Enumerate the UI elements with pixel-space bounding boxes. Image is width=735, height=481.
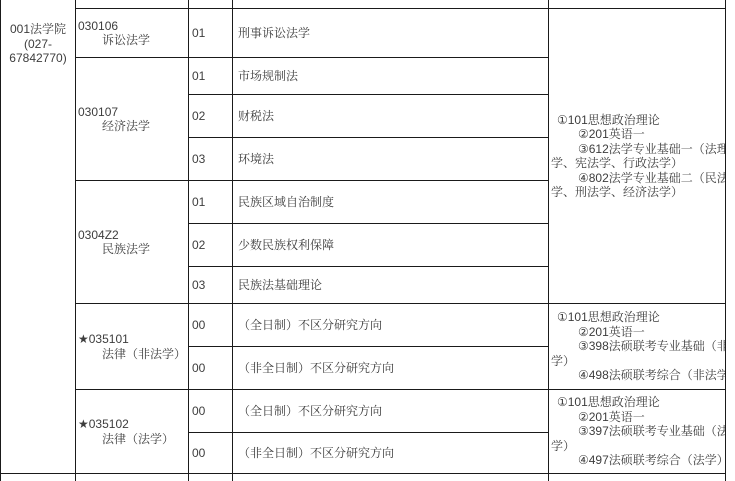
text-line: ②201英语一: [578, 325, 724, 340]
text-line: 学）: [551, 354, 724, 369]
text-line: ①101思想政治理论: [557, 113, 724, 128]
text-line: ②201英语一: [578, 127, 724, 142]
text-line: ④498法硕联考综合（非法学）: [578, 368, 724, 383]
text-line: 001法学院: [1, 22, 75, 37]
direction-no: 02: [189, 224, 232, 266]
direction-name: （全日制）不区分研究方向: [233, 304, 548, 346]
text-line: ③612法学专业基础一（法理: [578, 142, 724, 157]
text-line: ①101思想政治理论: [557, 310, 724, 325]
table-border-line: [725, 0, 726, 481]
direction-no: 03: [189, 138, 232, 180]
text-line: ①101思想政治理论: [557, 395, 724, 410]
major-cell-035101: ★035101 法律（非法学）: [76, 304, 188, 389]
major-code: ★035102: [78, 417, 188, 432]
major-code: 030106: [78, 19, 188, 34]
direction-no: 03: [189, 267, 232, 303]
college-cell: 001法学院(027-67842770): [1, 0, 75, 473]
exam-subjects-academic: ①101思想政治理论②201英语一③612法学专业基础一（法理学、宪法学、行政法…: [549, 9, 725, 303]
direction-name: 市场规制法: [233, 58, 548, 94]
direction-name: （非全日制）不区分研究方向: [233, 433, 548, 473]
major-name: 经济法学: [78, 119, 188, 134]
major-cell-0304Z2: 0304Z2 民族法学: [76, 181, 188, 303]
direction-no: 00: [189, 347, 232, 389]
text-line: ③397法硕联考专业基础（法: [578, 424, 724, 439]
major-code: 0304Z2: [78, 228, 188, 243]
direction-no: 01: [189, 58, 232, 94]
major-name: 法律（法学）: [78, 432, 188, 447]
direction-name: 财税法: [233, 95, 548, 137]
direction-no: 01: [189, 181, 232, 223]
text-line: 学、宪法学、行政法学）: [551, 156, 724, 171]
direction-name: （非全日制）不区分研究方向: [233, 347, 548, 389]
text-line: ④802法学专业基础二（民法: [578, 171, 724, 186]
direction-name: 刑事诉讼法学: [233, 9, 548, 57]
admissions-table: 001法学院(027-67842770) 030106 诉讼法学 030107 …: [0, 0, 735, 481]
direction-no: 01: [189, 9, 232, 57]
direction-name: 少数民族权利保障: [233, 224, 548, 266]
text-line: 67842770): [1, 51, 75, 66]
major-name: 诉讼法学: [78, 33, 188, 48]
exam-subjects-juris-master-law: ①101思想政治理论②201英语一③397法硕联考专业基础（法学）④497法硕联…: [549, 390, 725, 473]
text-line: ②201英语一: [578, 410, 724, 425]
direction-name: （全日制）不区分研究方向: [233, 390, 548, 432]
direction-no: 02: [189, 95, 232, 137]
text-line: 学、刑法学、经济法学）: [551, 185, 724, 200]
major-code: ★035101: [78, 332, 188, 347]
table-border-line: [0, 473, 726, 474]
exam-subjects-juris-master-nonlaw: ①101思想政治理论②201英语一③398法硕联考专业基础（非法学）④498法硕…: [549, 304, 725, 389]
text-line: ③398法硕联考专业基础（非法: [578, 339, 724, 354]
text-line: ④497法硕联考综合（法学）: [578, 453, 724, 468]
direction-name: 民族法基础理论: [233, 267, 548, 303]
direction-no: 00: [189, 433, 232, 473]
direction-no: 00: [189, 304, 232, 346]
direction-no: 00: [189, 390, 232, 432]
direction-name: 环境法: [233, 138, 548, 180]
major-cell-030106: 030106 诉讼法学: [76, 9, 188, 57]
major-name: 民族法学: [78, 242, 188, 257]
major-name: 法律（非法学）: [78, 347, 188, 362]
major-code: 030107: [78, 105, 188, 120]
major-cell-035102: ★035102 法律（法学）: [76, 390, 188, 473]
text-line: (027-: [1, 37, 75, 52]
direction-name: 民族区域自治制度: [233, 181, 548, 223]
major-cell-030107: 030107 经济法学: [76, 58, 188, 180]
text-line: 学）: [551, 439, 724, 454]
